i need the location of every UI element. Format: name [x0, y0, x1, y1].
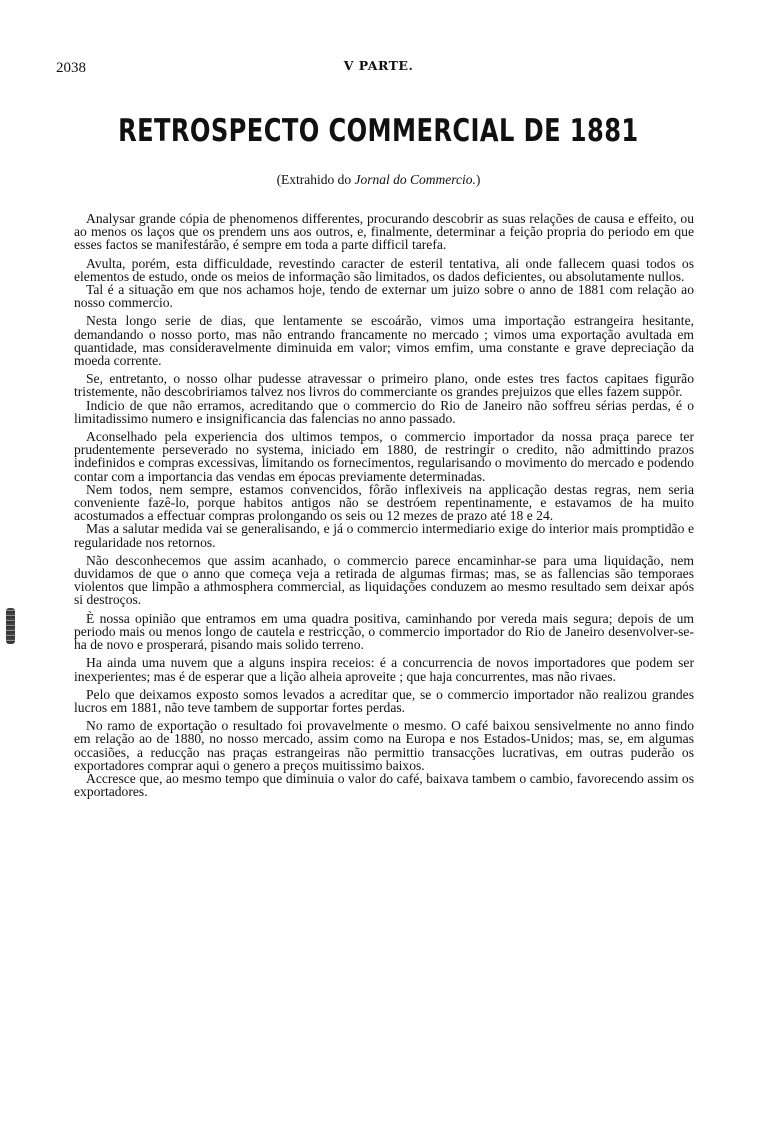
paragraph: Nem todos, nem sempre, estamos convencid… — [74, 483, 694, 523]
paragraph: Nesta longo serie de dias, que lentament… — [74, 314, 694, 367]
paragraph: Ha ainda uma nuvem que a alguns inspira … — [74, 656, 694, 682]
subtitle-source: Jornal do Commercio. — [355, 172, 476, 187]
margin-mark-icon — [6, 608, 15, 644]
paragraph: Accresce que, ao mesmo tempo que diminui… — [74, 772, 694, 798]
paragraph: Analysar grande cópia de phenomenos diff… — [74, 212, 694, 252]
paragraph: Se, entretanto, o nosso olhar pudesse at… — [74, 372, 694, 398]
paragraph: È nossa opinião que entramos em uma quad… — [74, 612, 694, 652]
article-title: RETROSPECTO COMMERCIAL DE 1881 — [83, 113, 673, 149]
paragraph: Aconselhado pela experiencia dos ultimos… — [74, 430, 694, 483]
article-subtitle: (Extrahido do Jornal do Commercio.) — [0, 172, 757, 188]
paragraph: Avulta, porém, esta difficuldade, revest… — [74, 257, 694, 283]
paragraph: Tal é a situação em que nos achamos hoje… — [74, 283, 694, 309]
paragraph: No ramo de exportação o resultado foi pr… — [74, 719, 694, 772]
subtitle-suffix: ) — [476, 172, 481, 187]
paragraph: Não desconhecemos que assim acanhado, o … — [74, 554, 694, 607]
paragraph: Pelo que deixamos exposto somos levados … — [74, 688, 694, 714]
subtitle-prefix: (Extrahido do — [277, 172, 355, 187]
paragraph: Mas a salutar medida vai se generalisand… — [74, 522, 694, 548]
article-body: Analysar grande cópia de phenomenos diff… — [74, 212, 694, 798]
paragraph: Indicio de que não erramos, acreditando … — [74, 399, 694, 425]
running-head: V PARTE. — [0, 58, 757, 73]
